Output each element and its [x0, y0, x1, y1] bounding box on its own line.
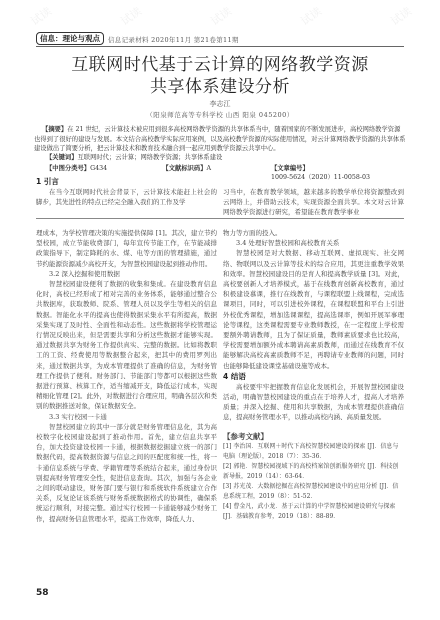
paragraph: 理成本，为学校管理决策的实施提供保障 [1]。其次，建立节约型校园，成立节能收费… [36, 228, 217, 269]
paragraph: 高校要牢牢把握教育信息化发展机会，开展智慧校园建设活动，明确智慧校园建设的重点在… [223, 382, 404, 423]
section-heading-3-3: 3.3 实行校园一卡通 [36, 412, 217, 422]
right-column: 物力等方面的投入。 3.4 处理好智慧校园和高校教育关系 智慧校园是对大数据、移… [223, 228, 404, 522]
paragraph: 习当中，在教育教学领域，越来越多的教学单位将资源整改到云网络上，并借助云技术，实… [223, 187, 404, 218]
watermark: 试读 [207, 3, 234, 29]
keywords: 【关键词】互联网时代；云计算；网络教学资源；共享体系建设 [46, 152, 406, 161]
right-column-top: 习当中，在教育教学领域，越来越多的教学单位将资源整改到云网络上，并借助云技术，实… [223, 187, 404, 218]
article-title-line2: 共享体系建设分析 [0, 72, 440, 97]
section-heading-intro: 1 引言 [36, 176, 217, 187]
page-number: 58 [36, 588, 49, 598]
running-header: 信息：理论与观点 信息记录材料 2020年11月 第21卷第11期 [36, 32, 404, 47]
watermark: 试读 [297, 3, 324, 29]
section-badge: 信息：理论与观点 [36, 32, 104, 45]
reference-item: [1] 李治国．互联网＋时代下高校智慧校园建设的探索 [J]．信息与电脑（理论版… [223, 442, 404, 462]
clc-value: G434 [90, 165, 107, 172]
watermark: 试读 [387, 3, 414, 29]
watermark: 试读 [27, 3, 54, 29]
reference-item: [2] 郭艳．智慧校园视域下的高校档案馆创新服务研究 [J]．科技创新导报，20… [223, 462, 404, 482]
paragraph: 智慧校园是对大数据、移动互联网、虚拟现实、社交网络、物联网以及云计算等技术的综合… [223, 248, 404, 370]
paragraph: 物力等方面的投入。 [223, 228, 404, 238]
article-no-value: 1009-5624（2020）11-0058-03 [271, 172, 370, 181]
clc-label: 【中图分类号】 [46, 165, 90, 172]
references-heading: 【参考文献】 [223, 431, 404, 442]
left-column-top: 1 引言 在当今互联网时代社会背景下，云计算技术能赶上社会的脚步，其先进性的特点… [36, 176, 217, 207]
reference-item: [3] 苏光茂．大数据挖掘在高校智慧校园建设中的应用分析 [J]．信息系统工程，… [223, 482, 404, 502]
left-column: 理成本，为学校管理决策的实施提供保障 [1]。其次，建立节约型校园，成立节能收费… [36, 228, 217, 524]
keywords-text: 互联网时代；云计算；网络教学资源；共享体系建设 [77, 154, 222, 161]
watermark: 试读 [117, 3, 144, 29]
section-heading-3-4: 3.4 处理好智慧校园和高校教育关系 [223, 238, 404, 248]
author: 李志江 [0, 99, 440, 109]
reference-item: [4] 曹金凡，武小龙．基于云计算的中学智慧校园建设研究与探索 [J]．基础教育… [223, 502, 404, 522]
paragraph: 智慧校园建立的其中一部分就是财务管理信息化，其为高校数字化校园建设起到了推动作用… [36, 422, 217, 524]
affiliation: （阳泉师范高等专科学校 山西 阳泉 045200） [0, 110, 440, 119]
abstract-text: 在 21 世纪，云计算技术被应用到很多高校网络教学资源的共享体系当中，随着国家的… [34, 126, 406, 152]
journal-info: 信息记录材料 2020年11月 第21卷第11期 [108, 35, 239, 44]
doc-code-value: A [207, 165, 212, 172]
section-heading-conclusion: 4 结语 [223, 371, 404, 382]
paragraph: 在当今互联网时代社会背景下，云计算技术能赶上社会的脚步，其先进性的特点已经完全融… [36, 187, 217, 207]
keywords-label: 【关键词】 [46, 154, 77, 161]
section-divider [36, 218, 404, 219]
doc-code-label: 【文献标识码】 [162, 165, 206, 172]
section-heading-3-2: 3.2 深入挖掘和使用数据 [36, 269, 217, 279]
paragraph: 智慧校园建设便利了数据的收集和集成。在建设教育信息化时，高校已经形成了相对完善的… [36, 279, 217, 412]
article-no-label: 【文章编号】 [271, 165, 309, 172]
abstract: 【摘要】在 21 世纪，云计算技术被应用到很多高校网络教学资源的共享体系当中，随… [34, 125, 406, 154]
abstract-label: 【摘要】 [42, 126, 67, 133]
